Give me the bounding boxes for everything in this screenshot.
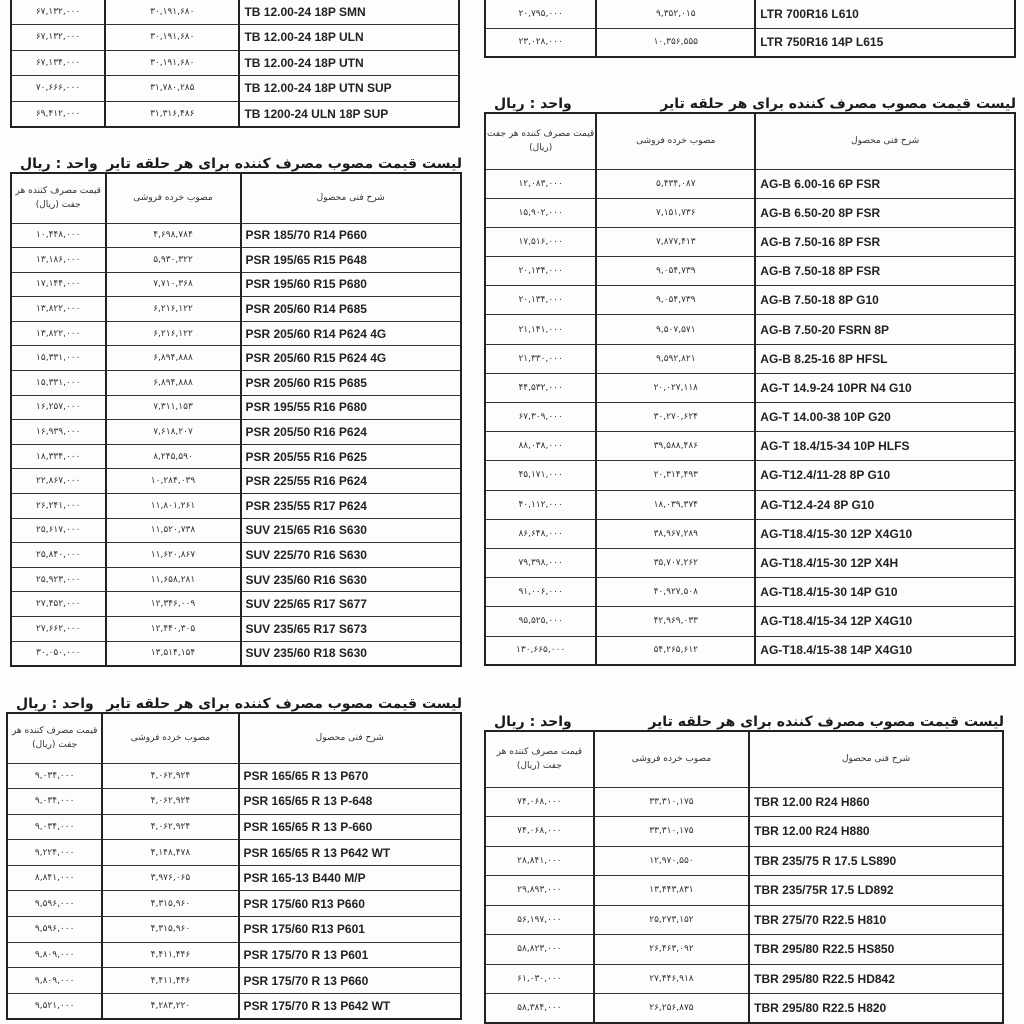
table-row: ۷۰,۶۶۶,۰۰۰۳۱,۷۸۰,۲۸۵TB 12.00-24 18P UTN … <box>11 76 459 102</box>
product-description-cell: AG-B 7.50-20 FSRN 8P <box>755 315 1015 344</box>
consumer-price-cell: ۱۶,۹۳۹,۰۰۰ <box>11 420 106 445</box>
consumer-price-cell: ۲۶,۲۴۱,۰۰۰ <box>11 494 106 519</box>
table-row: ۱۳,۱۸۶,۰۰۰۵,۹۳۰,۳۲۲PSR 195/65 R15 P648 <box>11 248 461 273</box>
retail-price-cell: ۱۱,۶۲۰,۸۶۷ <box>106 543 241 568</box>
retail-price-cell: ۵,۴۳۴,۰۸۷ <box>596 169 755 198</box>
table-row: ۶۷,۱۳۲,۰۰۰۳۰,۱۹۱,۶۸۰TB 12.00-24 18P ULN <box>11 25 459 51</box>
retail-price-cell: ۹,۵۰۷,۵۷۱ <box>596 315 755 344</box>
unit-label: واحد : ریال <box>10 156 98 172</box>
product-description-cell: AG-T 14.00-38 10P G20 <box>755 403 1015 432</box>
table-row: ۲۵,۸۴۰,۰۰۰۱۱,۶۲۰,۸۶۷SUV 225/70 R16 S630 <box>11 543 461 568</box>
consumer-price-cell: ۹۱,۰۰۶,۰۰۰ <box>485 578 596 607</box>
product-description-cell: SUV 235/60 R18 S630 <box>241 641 462 666</box>
table-title: لیست قیمت مصوب مصرف کننده برای هر حلقه ت… <box>106 156 462 172</box>
header-consumer-price: قیمت مصرف کننده هر جفت (ریال) <box>485 113 596 169</box>
retail-price-cell: ۱۰,۲۸۴,۰۳۹ <box>106 469 241 494</box>
product-description-cell: TBR 12.00 R24 H880 <box>749 817 1003 847</box>
table-row: ۱۳,۸۲۲,۰۰۰۶,۲۱۶,۱۲۲PSR 205/60 R14 P624 4… <box>11 321 461 346</box>
product-description-cell: AG-B 6.50-20 8P FSR <box>755 198 1015 227</box>
table-row: ۲۰,۱۳۴,۰۰۰۹,۰۵۴,۷۳۹AG-B 7.50-18 8P G10 <box>485 286 1015 315</box>
table-block-tb: ۶۷,۱۳۲,۰۰۰۳۰,۱۹۱,۶۸۰TB 12.00-24 18P SMN۶… <box>10 0 460 128</box>
consumer-price-cell: ۹,۸۰۹,۰۰۰ <box>7 968 102 994</box>
header-retail-price: مصوب خرده فروشی <box>596 113 755 169</box>
retail-price-cell: ۲۰,۰۲۷,۱۱۸ <box>596 373 755 402</box>
table-row: ۶۹,۴۱۲,۰۰۰۳۱,۳۱۶,۴۸۶TB 1200-24 ULN 18P S… <box>11 101 459 127</box>
product-description-cell: PSR 185/70 R14 P660 <box>241 223 462 248</box>
product-description-cell: AG-B 7.50-16 8P FSR <box>755 227 1015 256</box>
consumer-price-cell: ۱۲,۰۸۳,۰۰۰ <box>485 169 596 198</box>
table-title: لیست قیمت مصوب مصرف کننده برای هر حلقه ت… <box>648 714 1004 730</box>
consumer-price-cell: ۲۰,۷۹۵,۰۰۰ <box>485 0 596 28</box>
table-block-tbr: لیست قیمت مصوب مصرف کننده برای هر حلقه ت… <box>484 704 1004 1024</box>
header-retail-price: مصوب خرده فروشی <box>106 173 241 223</box>
consumer-price-cell: ۱۵,۹۰۲,۰۰۰ <box>485 198 596 227</box>
table-row: ۱۸,۳۳۴,۰۰۰۸,۲۴۵,۵۹۰PSR 205/55 R16 P625 <box>11 444 461 469</box>
product-description-cell: TB 12.00-24 18P UTN <box>239 50 459 76</box>
consumer-price-cell: ۱۳,۸۲۲,۰۰۰ <box>11 297 106 322</box>
retail-price-cell: ۴,۰۶۲,۹۲۴ <box>102 763 238 789</box>
retail-price-cell: ۴,۶۹۸,۷۸۴ <box>106 223 241 248</box>
product-description-cell: AG-T12.4-24 8P G10 <box>755 490 1015 519</box>
product-description-cell: PSR 205/60 R15 P685 <box>241 371 462 396</box>
header-consumer-price: قیمت مصرف کننده هر جفت (ریال) <box>11 173 106 223</box>
product-description-cell: PSR 205/60 R15 P624 4G <box>241 346 462 371</box>
table-row: ۷۹,۳۹۸,۰۰۰۳۵,۷۰۷,۲۶۲AG-T18.4/15-30 12P X… <box>485 548 1015 577</box>
product-description-cell: PSR 165/65 R 13 P-660 <box>239 814 461 840</box>
table-row: ۵۸,۳۸۴,۰۰۰۲۶,۲۵۶,۸۷۵TBR 295/80 R22.5 H82… <box>485 994 1003 1024</box>
table-row: ۴۵,۱۷۱,۰۰۰۲۰,۳۱۴,۴۹۳AG-T12.4/11-28 8P G1… <box>485 461 1015 490</box>
retail-price-cell: ۳۰,۲۷۰,۶۲۴ <box>596 403 755 432</box>
product-description-cell: PSR 225/55 R16 P624 <box>241 469 462 494</box>
retail-price-cell: ۱۱,۵۲۰,۷۳۸ <box>106 518 241 543</box>
table-row: ۱۰,۴۴۸,۰۰۰۴,۶۹۸,۷۸۴PSR 185/70 R14 P660 <box>11 223 461 248</box>
product-description-cell: PSR 205/50 R16 P624 <box>241 420 462 445</box>
table-row: ۵۸,۸۲۳,۰۰۰۲۶,۴۶۳,۰۹۲TBR 295/80 R22.5 HS8… <box>485 935 1003 965</box>
product-description-cell: AG-T18.4/15-30 12P X4G10 <box>755 519 1015 548</box>
table-title: لیست قیمت مصوب مصرف کننده برای هر حلقه ت… <box>106 696 462 712</box>
table-row: ۲۱,۱۴۱,۰۰۰۹,۵۰۷,۵۷۱AG-B 7.50-20 FSRN 8P <box>485 315 1015 344</box>
consumer-price-cell: ۶۷,۱۳۲,۰۰۰ <box>11 0 105 25</box>
product-description-cell: SUV 225/65 R17 S677 <box>241 592 462 617</box>
consumer-price-cell: ۸,۸۴۱,۰۰۰ <box>7 865 102 891</box>
product-description-cell: PSR 175/60 R13 P601 <box>239 917 461 943</box>
consumer-price-cell: ۱۷,۵۱۶,۰۰۰ <box>485 227 596 256</box>
header-consumer-price: قیمت مصرف کننده هر جفت (ریال) <box>485 731 594 787</box>
product-description-cell: PSR 165/65 R 13 P642 WT <box>239 840 461 866</box>
table-row: ۹,۲۲۴,۰۰۰۴,۱۴۸,۴۷۸PSR 165/65 R 13 P642 W… <box>7 840 461 866</box>
product-description-cell: TBR 235/75R 17.5 LD892 <box>749 876 1003 906</box>
table-row: ۱۵,۳۳۱,۰۰۰۶,۸۹۴,۸۸۸PSR 205/60 R15 P685 <box>11 371 461 396</box>
product-description-cell: AG-B 8.25-16 8P HFSL <box>755 344 1015 373</box>
consumer-price-cell: ۲۵,۶۱۷,۰۰۰ <box>11 518 106 543</box>
retail-price-cell: ۴,۴۱۱,۴۴۶ <box>102 942 238 968</box>
retail-price-cell: ۳,۹۷۶,۰۶۵ <box>102 865 238 891</box>
consumer-price-cell: ۲۰,۱۳۴,۰۰۰ <box>485 257 596 286</box>
consumer-price-cell: ۱۵,۳۳۱,۰۰۰ <box>11 346 106 371</box>
table-header-row: قیمت مصرف کننده هر جفت (ریال)مصوب خرده ف… <box>7 713 461 763</box>
consumer-price-cell: ۵۸,۸۲۳,۰۰۰ <box>485 935 594 965</box>
retail-price-cell: ۱۲,۳۴۶,۰۰۹ <box>106 592 241 617</box>
retail-price-cell: ۶,۲۱۶,۱۲۲ <box>106 297 241 322</box>
table-row: ۱۲,۰۸۳,۰۰۰۵,۴۳۴,۰۸۷AG-B 6.00-16 6P FSR <box>485 169 1015 198</box>
consumer-price-cell: ۶۹,۴۱۲,۰۰۰ <box>11 101 105 127</box>
consumer-price-cell: ۵۶,۱۹۷,۰۰۰ <box>485 905 594 935</box>
price-table-psr-13: قیمت مصرف کننده هر جفت (ریال)مصوب خرده ف… <box>6 712 462 1020</box>
table-row: ۹,۰۳۴,۰۰۰۴,۰۶۲,۹۲۴PSR 165/65 R 13 P-648 <box>7 789 461 815</box>
product-description-cell: PSR 165/65 R 13 P670 <box>239 763 461 789</box>
retail-price-cell: ۱۱,۶۵۸,۲۸۱ <box>106 567 241 592</box>
product-description-cell: SUV 235/60 R16 S630 <box>241 567 462 592</box>
unit-label: واحد : ریال <box>484 714 572 730</box>
table-row: ۲۱,۳۳۰,۰۰۰۹,۵۹۲,۸۲۱AG-B 8.25-16 8P HFSL <box>485 344 1015 373</box>
consumer-price-cell: ۱۳,۱۸۶,۰۰۰ <box>11 248 106 273</box>
retail-price-cell: ۳۸,۹۶۷,۲۸۹ <box>596 519 755 548</box>
table-row: ۴۴,۵۳۲,۰۰۰۲۰,۰۲۷,۱۱۸AG-T 14.9-24 10PR N4… <box>485 373 1015 402</box>
consumer-price-cell: ۷۹,۳۹۸,۰۰۰ <box>485 548 596 577</box>
product-description-cell: SUV 235/65 R17 S673 <box>241 617 462 642</box>
table-row: ۲۹,۸۹۳,۰۰۰۱۳,۴۴۳,۸۳۱TBR 235/75R 17.5 LD8… <box>485 876 1003 906</box>
table-row: ۲۰,۷۹۵,۰۰۰۹,۳۵۲,۰۱۵LTR 700R16 L610 <box>485 0 1015 28</box>
retail-price-cell: ۳۱,۷۸۰,۲۸۵ <box>105 76 239 102</box>
product-description-cell: AG-B 7.50-18 8P FSR <box>755 257 1015 286</box>
retail-price-cell: ۳۱,۳۱۶,۴۸۶ <box>105 101 239 127</box>
product-description-cell: PSR 205/55 R16 P625 <box>241 444 462 469</box>
product-description-cell: TBR 295/80 R22.5 H820 <box>749 994 1003 1024</box>
retail-price-cell: ۹,۳۵۲,۰۱۵ <box>596 0 755 28</box>
table-row: ۲۵,۶۱۷,۰۰۰۱۱,۵۲۰,۷۳۸SUV 215/65 R16 S630 <box>11 518 461 543</box>
consumer-price-cell: ۲۱,۱۴۱,۰۰۰ <box>485 315 596 344</box>
header-retail-price: مصوب خرده فروشی <box>102 713 238 763</box>
product-description-cell: AG-T18.4/15-30 14P G10 <box>755 578 1015 607</box>
retail-price-cell: ۱۲,۹۷۰,۵۵۰ <box>594 846 749 876</box>
product-description-cell: PSR 175/70 R 13 P642 WT <box>239 993 461 1019</box>
consumer-price-cell: ۷۴,۰۶۸,۰۰۰ <box>485 787 594 817</box>
table-row: ۸۶,۶۴۸,۰۰۰۳۸,۹۶۷,۲۸۹AG-T18.4/15-30 12P X… <box>485 519 1015 548</box>
table-row: ۶۷,۱۳۴,۰۰۰۳۰,۱۹۱,۶۸۰TB 12.00-24 18P UTN <box>11 50 459 76</box>
table-row: ۴۰,۱۱۲,۰۰۰۱۸,۰۳۹,۳۷۴AG-T12.4-24 8P G10 <box>485 490 1015 519</box>
product-description-cell: SUV 215/65 R16 S630 <box>241 518 462 543</box>
product-description-cell: TBR 295/80 R22.5 HD842 <box>749 964 1003 994</box>
retail-price-cell: ۶,۸۹۴,۸۸۸ <box>106 346 241 371</box>
price-table-tb: ۶۷,۱۳۲,۰۰۰۳۰,۱۹۱,۶۸۰TB 12.00-24 18P SMN۶… <box>10 0 460 128</box>
consumer-price-cell: ۲۵,۹۲۳,۰۰۰ <box>11 567 106 592</box>
retail-price-cell: ۴,۱۴۸,۴۷۸ <box>102 840 238 866</box>
retail-price-cell: ۹,۰۵۴,۷۳۹ <box>596 257 755 286</box>
table-row: ۲۰,۱۳۴,۰۰۰۹,۰۵۴,۷۳۹AG-B 7.50-18 8P FSR <box>485 257 1015 286</box>
product-description-cell: LTR 700R16 L610 <box>755 0 1015 28</box>
table-row: ۹,۵۹۶,۰۰۰۴,۳۱۵,۹۶۰PSR 175/60 R13 P660 <box>7 891 461 917</box>
consumer-price-cell: ۹۵,۵۲۵,۰۰۰ <box>485 607 596 636</box>
product-description-cell: PSR 195/60 R15 P680 <box>241 272 462 297</box>
table-row: ۹,۵۲۱,۰۰۰۴,۲۸۳,۲۲۰PSR 175/70 R 13 P642 W… <box>7 993 461 1019</box>
retail-price-cell: ۱۰,۳۵۶,۵۵۵ <box>596 28 755 57</box>
table-header-row: قیمت مصرف کننده هر جفت (ریال)مصوب خرده ف… <box>11 173 461 223</box>
consumer-price-cell: ۱۳,۸۲۲,۰۰۰ <box>11 321 106 346</box>
retail-price-cell: ۸,۲۴۵,۵۹۰ <box>106 444 241 469</box>
table-row: ۶۱,۰۳۰,۰۰۰۲۷,۴۴۶,۹۱۸TBR 295/80 R22.5 HD8… <box>485 964 1003 994</box>
consumer-price-cell: ۲۸,۸۴۱,۰۰۰ <box>485 846 594 876</box>
consumer-price-cell: ۶۱,۰۳۰,۰۰۰ <box>485 964 594 994</box>
retail-price-cell: ۲۷,۴۴۶,۹۱۸ <box>594 964 749 994</box>
product-description-cell: TBR 12.00 R24 H860 <box>749 787 1003 817</box>
header-product-description: شرح فنی محصول <box>241 173 462 223</box>
consumer-price-cell: ۱۵,۳۳۱,۰۰۰ <box>11 371 106 396</box>
product-description-cell: TB 12.00-24 18P UTN SUP <box>239 76 459 102</box>
product-description-cell: PSR 235/55 R17 P624 <box>241 494 462 519</box>
table-block-ltr: ۲۰,۷۹۵,۰۰۰۹,۳۵۲,۰۱۵LTR 700R16 L610۲۳,۰۲۸… <box>484 0 1016 58</box>
consumer-price-cell: ۹,۰۳۴,۰۰۰ <box>7 763 102 789</box>
table-row: ۱۵,۹۰۲,۰۰۰۷,۱۵۱,۷۳۶AG-B 6.50-20 8P FSR <box>485 198 1015 227</box>
consumer-price-cell: ۲۷,۴۵۲,۰۰۰ <box>11 592 106 617</box>
retail-price-cell: ۹,۵۹۲,۸۲۱ <box>596 344 755 373</box>
retail-price-cell: ۴,۳۱۵,۹۶۰ <box>102 891 238 917</box>
table-row: ۶۷,۱۳۲,۰۰۰۳۰,۱۹۱,۶۸۰TB 12.00-24 18P SMN <box>11 0 459 25</box>
retail-price-cell: ۳۰,۱۹۱,۶۸۰ <box>105 25 239 51</box>
table-header-row: قیمت مصرف کننده هر جفت (ریال)مصوب خرده ف… <box>485 113 1015 169</box>
product-description-cell: TBR 295/80 R22.5 HS850 <box>749 935 1003 965</box>
header-product-description: شرح فنی محصول <box>755 113 1015 169</box>
retail-price-cell: ۷,۷۱۰,۳۶۸ <box>106 272 241 297</box>
unit-label: واحد : ریال <box>484 96 572 112</box>
retail-price-cell: ۳۰,۱۹۱,۶۸۰ <box>105 50 239 76</box>
header-retail-price: مصوب خرده فروشی <box>594 731 749 787</box>
retail-price-cell: ۱۳,۵۱۴,۱۵۴ <box>106 641 241 666</box>
product-description-cell: TB 12.00-24 18P SMN <box>239 0 459 25</box>
product-description-cell: AG-T18.4/15-30 12P X4H <box>755 548 1015 577</box>
table-row: ۹,۸۰۹,۰۰۰۴,۴۱۱,۴۴۶PSR 175/70 R 13 P660 <box>7 968 461 994</box>
table-block-psr-suv: لیست قیمت مصوب مصرف کننده برای هر حلقه ت… <box>10 146 462 667</box>
retail-price-cell: ۹,۰۵۴,۷۳۹ <box>596 286 755 315</box>
consumer-price-cell: ۱۰,۴۴۸,۰۰۰ <box>11 223 106 248</box>
retail-price-cell: ۴۰,۹۲۷,۵۰۸ <box>596 578 755 607</box>
consumer-price-cell: ۶۷,۱۳۴,۰۰۰ <box>11 50 105 76</box>
consumer-price-cell: ۲۱,۳۳۰,۰۰۰ <box>485 344 596 373</box>
retail-price-cell: ۲۰,۳۱۴,۴۹۳ <box>596 461 755 490</box>
header-product-description: شرح فنی محصول <box>239 713 461 763</box>
product-description-cell: PSR 175/60 R13 P660 <box>239 891 461 917</box>
consumer-price-cell: ۹,۵۹۶,۰۰۰ <box>7 917 102 943</box>
retail-price-cell: ۴,۴۱۱,۴۴۶ <box>102 968 238 994</box>
retail-price-cell: ۳۰,۱۹۱,۶۸۰ <box>105 0 239 25</box>
product-description-cell: AG-B 7.50-18 8P G10 <box>755 286 1015 315</box>
price-table-ltr: ۲۰,۷۹۵,۰۰۰۹,۳۵۲,۰۱۵LTR 700R16 L610۲۳,۰۲۸… <box>484 0 1016 58</box>
retail-price-cell: ۷,۶۱۸,۲۰۷ <box>106 420 241 445</box>
retail-price-cell: ۵۴,۲۶۵,۶۱۲ <box>596 636 755 665</box>
retail-price-cell: ۶,۸۹۴,۸۸۸ <box>106 371 241 396</box>
consumer-price-cell: ۶۷,۳۰۹,۰۰۰ <box>485 403 596 432</box>
table-title: لیست قیمت مصوب مصرف کننده برای هر حلقه ت… <box>660 96 1016 112</box>
consumer-price-cell: ۹,۸۰۹,۰۰۰ <box>7 942 102 968</box>
table-row: ۹,۵۹۶,۰۰۰۴,۳۱۵,۹۶۰PSR 175/60 R13 P601 <box>7 917 461 943</box>
table-title-row: لیست قیمت مصوب مصرف کننده برای هر حلقه ت… <box>10 146 462 172</box>
consumer-price-cell: ۹,۰۳۴,۰۰۰ <box>7 814 102 840</box>
table-block-psr-13: لیست قیمت مصوب مصرف کننده برای هر حلقه ت… <box>6 686 462 1020</box>
retail-price-cell: ۴,۲۸۳,۲۲۰ <box>102 993 238 1019</box>
table-row: ۹,۰۳۴,۰۰۰۴,۰۶۲,۹۲۴PSR 165/65 R 13 P670 <box>7 763 461 789</box>
consumer-price-cell: ۴۴,۵۳۲,۰۰۰ <box>485 373 596 402</box>
retail-price-cell: ۶,۲۱۶,۱۲۲ <box>106 321 241 346</box>
header-consumer-price: قیمت مصرف کننده هر جفت (ریال) <box>7 713 102 763</box>
table-row: ۱۳,۸۲۲,۰۰۰۶,۲۱۶,۱۲۲PSR 205/60 R14 P685 <box>11 297 461 322</box>
retail-price-cell: ۷,۱۵۱,۷۳۶ <box>596 198 755 227</box>
retail-price-cell: ۲۵,۲۷۳,۱۵۲ <box>594 905 749 935</box>
consumer-price-cell: ۲۹,۸۹۳,۰۰۰ <box>485 876 594 906</box>
product-description-cell: PSR 165/65 R 13 P-648 <box>239 789 461 815</box>
header-product-description: شرح فنی محصول <box>749 731 1003 787</box>
table-row: ۳۰,۰۵۰,۰۰۰۱۳,۵۱۴,۱۵۴SUV 235/60 R18 S630 <box>11 641 461 666</box>
table-row: ۸۸,۰۳۸,۰۰۰۳۹,۵۸۸,۴۸۶AG-T 18.4/15-34 10P … <box>485 432 1015 461</box>
product-description-cell: AG-T18.4/15-34 12P X4G10 <box>755 607 1015 636</box>
retail-price-cell: ۵,۹۳۰,۳۲۲ <box>106 248 241 273</box>
table-row: ۲۲,۸۶۷,۰۰۰۱۰,۲۸۴,۰۳۹PSR 225/55 R16 P624 <box>11 469 461 494</box>
consumer-price-cell: ۱۷,۱۴۴,۰۰۰ <box>11 272 106 297</box>
consumer-price-cell: ۲۷,۶۶۲,۰۰۰ <box>11 617 106 642</box>
product-description-cell: PSR 205/60 R14 P685 <box>241 297 462 322</box>
table-row: ۲۷,۶۶۲,۰۰۰۱۲,۴۴۰,۳۰۵SUV 235/65 R17 S673 <box>11 617 461 642</box>
product-description-cell: PSR 205/60 R14 P624 4G <box>241 321 462 346</box>
table-row: ۱۵,۳۳۱,۰۰۰۶,۸۹۴,۸۸۸PSR 205/60 R15 P624 4… <box>11 346 461 371</box>
price-table-ag: قیمت مصرف کننده هر جفت (ریال)مصوب خرده ف… <box>484 112 1016 666</box>
table-row: ۲۸,۸۴۱,۰۰۰۱۲,۹۷۰,۵۵۰TBR 235/75 R 17.5 LS… <box>485 846 1003 876</box>
retail-price-cell: ۱۱,۸۰۱,۲۶۱ <box>106 494 241 519</box>
consumer-price-cell: ۹,۵۹۶,۰۰۰ <box>7 891 102 917</box>
table-title-row: لیست قیمت مصوب مصرف کننده برای هر حلقه ت… <box>484 704 1004 730</box>
table-row: ۹۱,۰۰۶,۰۰۰۴۰,۹۲۷,۵۰۸AG-T18.4/15-30 14P G… <box>485 578 1015 607</box>
consumer-price-cell: ۳۰,۰۵۰,۰۰۰ <box>11 641 106 666</box>
table-row: ۲۶,۲۴۱,۰۰۰۱۱,۸۰۱,۲۶۱PSR 235/55 R17 P624 <box>11 494 461 519</box>
consumer-price-cell: ۹,۵۲۱,۰۰۰ <box>7 993 102 1019</box>
consumer-price-cell: ۹,۲۲۴,۰۰۰ <box>7 840 102 866</box>
retail-price-cell: ۷,۳۱۱,۱۵۳ <box>106 395 241 420</box>
table-header-row: قیمت مصرف کننده هر جفت (ریال)مصوب خرده ف… <box>485 731 1003 787</box>
table-row: ۲۳,۰۲۸,۰۰۰۱۰,۳۵۶,۵۵۵LTR 750R16 14P L615 <box>485 28 1015 57</box>
table-row: ۹۵,۵۲۵,۰۰۰۴۲,۹۶۹,۰۳۳AG-T18.4/15-34 12P X… <box>485 607 1015 636</box>
product-description-cell: AG-T12.4/11-28 8P G10 <box>755 461 1015 490</box>
table-title-row: لیست قیمت مصوب مصرف کننده برای هر حلقه ت… <box>484 86 1016 112</box>
retail-price-cell: ۳۳,۳۱۰,۱۷۵ <box>594 787 749 817</box>
consumer-price-cell: ۹,۰۳۴,۰۰۰ <box>7 789 102 815</box>
product-description-cell: AG-T 18.4/15-34 10P HLFS <box>755 432 1015 461</box>
table-block-ag: لیست قیمت مصوب مصرف کننده برای هر حلقه ت… <box>484 86 1016 666</box>
product-description-cell: TBR 275/70 R22.5 H810 <box>749 905 1003 935</box>
consumer-price-cell: ۸۸,۰۳۸,۰۰۰ <box>485 432 596 461</box>
retail-price-cell: ۱۸,۰۳۹,۳۷۴ <box>596 490 755 519</box>
product-description-cell: TB 1200-24 ULN 18P SUP <box>239 101 459 127</box>
consumer-price-cell: ۱۶,۲۵۷,۰۰۰ <box>11 395 106 420</box>
consumer-price-cell: ۷۴,۰۶۸,۰۰۰ <box>485 817 594 847</box>
product-description-cell: PSR 195/65 R15 P648 <box>241 248 462 273</box>
table-row: ۹,۸۰۹,۰۰۰۴,۴۱۱,۴۴۶PSR 175/70 R 13 P601 <box>7 942 461 968</box>
retail-price-cell: ۳۵,۷۰۷,۲۶۲ <box>596 548 755 577</box>
product-description-cell: AG-T 14.9-24 10PR N4 G10 <box>755 373 1015 402</box>
product-description-cell: PSR 175/70 R 13 P601 <box>239 942 461 968</box>
table-row: ۵۶,۱۹۷,۰۰۰۲۵,۲۷۳,۱۵۲TBR 275/70 R22.5 H81… <box>485 905 1003 935</box>
table-row: ۲۵,۹۲۳,۰۰۰۱۱,۶۵۸,۲۸۱SUV 235/60 R16 S630 <box>11 567 461 592</box>
retail-price-cell: ۳۳,۳۱۰,۱۷۵ <box>594 817 749 847</box>
product-description-cell: LTR 750R16 14P L615 <box>755 28 1015 57</box>
consumer-price-cell: ۴۰,۱۱۲,۰۰۰ <box>485 490 596 519</box>
table-row: ۱۷,۵۱۶,۰۰۰۷,۸۷۷,۴۱۳AG-B 7.50-16 8P FSR <box>485 227 1015 256</box>
unit-label: واحد : ریال <box>6 696 94 712</box>
consumer-price-cell: ۴۵,۱۷۱,۰۰۰ <box>485 461 596 490</box>
product-description-cell: PSR 165-13 B440 M/P <box>239 865 461 891</box>
retail-price-cell: ۲۶,۴۶۳,۰۹۲ <box>594 935 749 965</box>
table-row: ۱۶,۲۵۷,۰۰۰۷,۳۱۱,۱۵۳PSR 195/55 R16 P680 <box>11 395 461 420</box>
consumer-price-cell: ۶۷,۱۳۲,۰۰۰ <box>11 25 105 51</box>
consumer-price-cell: ۲۲,۸۶۷,۰۰۰ <box>11 469 106 494</box>
consumer-price-cell: ۱۸,۳۳۴,۰۰۰ <box>11 444 106 469</box>
table-row: ۸,۸۴۱,۰۰۰۳,۹۷۶,۰۶۵PSR 165-13 B440 M/P <box>7 865 461 891</box>
price-table-tbr: قیمت مصرف کننده هر جفت (ریال)مصوب خرده ف… <box>484 730 1004 1024</box>
retail-price-cell: ۲۶,۲۵۶,۸۷۵ <box>594 994 749 1024</box>
consumer-price-cell: ۲۰,۱۳۴,۰۰۰ <box>485 286 596 315</box>
table-row: ۱۳۰,۶۶۵,۰۰۰۵۴,۲۶۵,۶۱۲AG-T18.4/15-38 14P … <box>485 636 1015 665</box>
retail-price-cell: ۴۲,۹۶۹,۰۳۳ <box>596 607 755 636</box>
product-description-cell: TB 12.00-24 18P ULN <box>239 25 459 51</box>
retail-price-cell: ۴,۰۶۲,۹۲۴ <box>102 789 238 815</box>
table-row: ۶۷,۳۰۹,۰۰۰۳۰,۲۷۰,۶۲۴AG-T 14.00-38 10P G2… <box>485 403 1015 432</box>
table-row: ۷۴,۰۶۸,۰۰۰۳۳,۳۱۰,۱۷۵TBR 12.00 R24 H860 <box>485 787 1003 817</box>
retail-price-cell: ۳۹,۵۸۸,۴۸۶ <box>596 432 755 461</box>
product-description-cell: PSR 195/55 R16 P680 <box>241 395 462 420</box>
consumer-price-cell: ۷۰,۶۶۶,۰۰۰ <box>11 76 105 102</box>
product-description-cell: AG-T18.4/15-38 14P X4G10 <box>755 636 1015 665</box>
consumer-price-cell: ۲۵,۸۴۰,۰۰۰ <box>11 543 106 568</box>
consumer-price-cell: ۵۸,۳۸۴,۰۰۰ <box>485 994 594 1024</box>
consumer-price-cell: ۱۳۰,۶۶۵,۰۰۰ <box>485 636 596 665</box>
table-row: ۲۷,۴۵۲,۰۰۰۱۲,۳۴۶,۰۰۹SUV 225/65 R17 S677 <box>11 592 461 617</box>
retail-price-cell: ۴,۰۶۲,۹۲۴ <box>102 814 238 840</box>
product-description-cell: TBR 235/75 R 17.5 LS890 <box>749 846 1003 876</box>
table-row: ۹,۰۳۴,۰۰۰۴,۰۶۲,۹۲۴PSR 165/65 R 13 P-660 <box>7 814 461 840</box>
retail-price-cell: ۴,۳۱۵,۹۶۰ <box>102 917 238 943</box>
retail-price-cell: ۱۲,۴۴۰,۳۰۵ <box>106 617 241 642</box>
table-row: ۱۶,۹۳۹,۰۰۰۷,۶۱۸,۲۰۷PSR 205/50 R16 P624 <box>11 420 461 445</box>
price-table-psr-suv: قیمت مصرف کننده هر جفت (ریال)مصوب خرده ف… <box>10 172 462 667</box>
product-description-cell: SUV 225/70 R16 S630 <box>241 543 462 568</box>
product-description-cell: AG-B 6.00-16 6P FSR <box>755 169 1015 198</box>
consumer-price-cell: ۸۶,۶۴۸,۰۰۰ <box>485 519 596 548</box>
consumer-price-cell: ۲۳,۰۲۸,۰۰۰ <box>485 28 596 57</box>
product-description-cell: PSR 175/70 R 13 P660 <box>239 968 461 994</box>
retail-price-cell: ۱۳,۴۴۳,۸۳۱ <box>594 876 749 906</box>
retail-price-cell: ۷,۸۷۷,۴۱۳ <box>596 227 755 256</box>
table-row: ۷۴,۰۶۸,۰۰۰۳۳,۳۱۰,۱۷۵TBR 12.00 R24 H880 <box>485 817 1003 847</box>
table-row: ۱۷,۱۴۴,۰۰۰۷,۷۱۰,۳۶۸PSR 195/60 R15 P680 <box>11 272 461 297</box>
table-title-row: لیست قیمت مصوب مصرف کننده برای هر حلقه ت… <box>6 686 462 712</box>
